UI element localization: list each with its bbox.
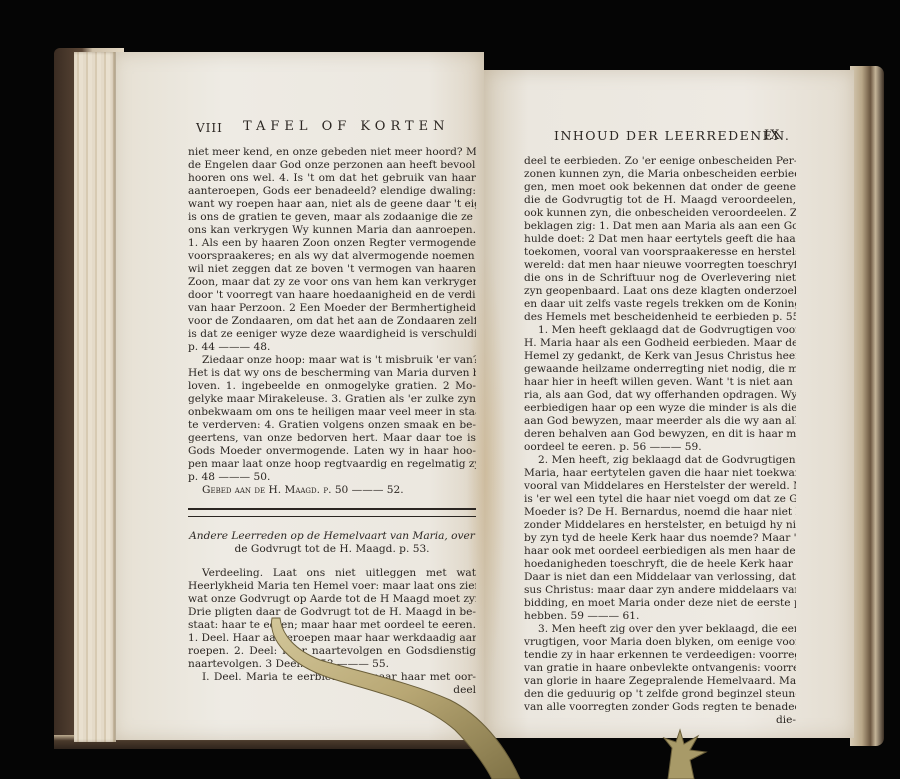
left-page-number: VIII (196, 121, 223, 135)
text-line: niet meer kend, en onze gebeden niet mee… (188, 146, 476, 159)
text-line: beklagen zig: 1. Dat men aan Maria als a… (524, 220, 796, 233)
text-line: loven. 1. ingebeelde en onmogelyke grati… (188, 380, 476, 393)
text-line: aan God bewyzen, maar meerder als die wy… (524, 415, 796, 428)
text-line: is 'er wel een tytel die haar niet voegd… (524, 493, 796, 506)
text-line: hoedanigheden toeschryft, die de heele K… (524, 558, 796, 571)
text-line: ons kan verkrygen Wy kunnen Maria dan aa… (188, 224, 476, 237)
text-line: door 't voorregt van haare hoedaanigheid… (188, 289, 476, 302)
text-line: is dat ze eeniger wyze deze waardigheid … (188, 328, 476, 341)
text-line: 1. Men heeft geklaagd dat de Godvrugtige… (524, 324, 796, 337)
text-line: Zoon, maar dat zy ze voor ons van hem ka… (188, 276, 476, 289)
text-line: en daar uit zelfs vaste regels trekken o… (524, 298, 796, 311)
text-line: sus Christus: maar daar zyn andere midde… (524, 584, 796, 597)
left-running-head: TAFEL OF KORTEN (243, 119, 450, 134)
text-line: Heerlykheid Maria ten Hemel voer: maar l… (188, 580, 476, 593)
page-reference: p. 48 ——— 50. (188, 471, 476, 484)
text-line: zyn geopenbaard. Laat ons deze klagten o… (524, 285, 796, 298)
text-line: 1. Als een by haaren Zoon onzen Regter v… (188, 237, 476, 250)
text-line: wil niet zeggen dat ze boven 't vermogen… (188, 263, 476, 276)
text-line: Maria, haar eertytelen gaven die haar ni… (524, 467, 796, 480)
text-line: gelyke maar Mirakeleuse. 3. Gratien als … (188, 393, 476, 406)
text-line: haar ook met oordeel eerbiedigen als men… (524, 545, 796, 558)
book-cover-right (850, 66, 884, 746)
text-line: de Engelen daar God onze perzonen aan he… (188, 159, 476, 172)
text-line: Ziedaar onze hoop: maar wat is 't misbru… (188, 354, 476, 367)
text-line: H. Maria haar als een Godheid eerbieden.… (524, 337, 796, 350)
text-line: die de Godvrugtig tot de H. Maagd veroor… (524, 194, 796, 207)
text-line: aanteroepen, Gods eer benadeeld? elendig… (188, 185, 476, 198)
text-line: toekomen, vooral van voorspraakeresse en… (524, 246, 796, 259)
text-line: van glorie in haare Zegepralende Hemelva… (524, 675, 796, 688)
text-line: Het is dat wy ons de bescherming van Mar… (188, 367, 476, 380)
text-line: zonder Middelares en herstelster, en bet… (524, 519, 796, 532)
ornamental-rule (188, 508, 476, 517)
photo-scene: VIII TAFEL OF KORTEN niet meer kend, en … (0, 0, 900, 779)
text-line: van gratie in haare onbevlekte ontvangen… (524, 662, 796, 675)
page-reference: oordeel te eeren. p. 56 ——— 59. (524, 441, 796, 454)
text-line: wereld: dat men haar nieuwe voorregten t… (524, 259, 796, 272)
text-line: hooren ons wel. 4. Is 't om dat het gebr… (188, 172, 476, 185)
text-line: ook kunnen zyn, die onbescheiden veroord… (524, 207, 796, 220)
sermon-title: Andere Leerreden op de Hemelvaart van Ma… (188, 530, 476, 543)
text-line: vooral van Middelares en Herstelster der… (524, 480, 796, 493)
text-line: onbekwaam om ons te heiligen maar veel m… (188, 406, 476, 419)
text-line: bidding, en moet Maria onder deze niet d… (524, 597, 796, 610)
text-line: hulde doet: 2 Dat men haar eertytels gee… (524, 233, 796, 246)
text-line: Verdeeling. Laat ons niet uitleggen met … (188, 567, 476, 580)
text-line: te verderven: 4. Gratien volgens onzen s… (188, 419, 476, 432)
text-line: staat: haar te eeren; maar haar met oord… (188, 619, 476, 632)
text-line: ria, als aan God, dat wy offerhanden opd… (524, 389, 796, 402)
sermon-title: de Godvrugt tot de H. Maagd. p. 53. (188, 543, 476, 556)
text-line: 3. Men heeft zig over den yver beklaagd,… (524, 623, 796, 636)
text-line: Drie pligten daar de Godvrugt tot de H. … (188, 606, 476, 619)
text-line: wat onze Godvrugt op Aarde tot de H Maag… (188, 593, 476, 606)
text-line: van alle voorregten zonder Gods regten t… (524, 701, 796, 714)
text-line: 2. Men heeft, zig beklaagd dat de Godvru… (524, 454, 796, 467)
text-line: des Hemels met bescheidenheid te eerbied… (524, 311, 796, 324)
text-line: naartevolgen. 3 Deel. p. 53 ——— 55. (188, 658, 476, 671)
text-line: Daar is niet dan een Middelaar van verlo… (524, 571, 796, 584)
catchword: die- (524, 714, 796, 727)
text-line: zonen kunnen zyn, die Maria onbescheiden… (524, 168, 796, 181)
text-line: Hemel zy gedankt, de Kerk van Jesus Chri… (524, 350, 796, 363)
text-line: voorspraakeres; en als wy dat alvermogen… (188, 250, 476, 263)
page-reference: hebben. 59 ——— 61. (524, 610, 796, 623)
text-line: Gods Moeder onvermogende. Laten wy in ha… (188, 445, 476, 458)
text-line: Moeder is? De H. Bernardus, noemd die ha… (524, 506, 796, 519)
text-line: roepen. 2. Deel: haar naartevolgen en Go… (188, 645, 476, 658)
text-line: geertens, van onze bedorven hert. Maar d… (188, 432, 476, 445)
right-page-number: IX (764, 128, 780, 143)
text-line: den die geduurig op 't zelfde grond begi… (524, 688, 796, 701)
text-line: want wy roepen haar aan, niet als de gee… (188, 198, 476, 211)
text-line: deren behalven aan God bewyzen, en dit i… (524, 428, 796, 441)
text-line: vrugtigen, voor Maria doen blyken, om ee… (524, 636, 796, 649)
text-line: gewaande heilzame onderregting niet nodi… (524, 363, 796, 376)
text-line: 1. Deel. Haar aanteroepen maar haar werk… (188, 632, 476, 645)
spacer (188, 556, 476, 567)
text-line: van haar Perzoon. 2 Een Moeder der Bermh… (188, 302, 476, 315)
prayer-heading: Gebed aan de H. Maagd. p. 50 ——— 52. (188, 484, 476, 497)
text-line: voor de Zondaaren, om dat het aan de Zon… (188, 315, 476, 328)
text-line: deel te eerbieden. Zo 'er eenige onbesch… (524, 155, 796, 168)
text-line: I. Deel. Maria te eerbiedigen, maar haar… (188, 671, 476, 684)
text-line: tendie zy in haar erkennen te verdeedige… (524, 649, 796, 662)
text-line: by zyn tyd de heele Kerk haar dus noemde… (524, 532, 796, 545)
right-running-head: INHOUD DER LEERREDENEN. (554, 128, 790, 143)
page-reference: p. 44 ——— 48. (188, 341, 476, 354)
text-line: haar hier in heeft willen geven. Want 't… (524, 376, 796, 389)
left-page-text: niet meer kend, en onze gebeden niet mee… (188, 146, 476, 697)
text-line: is ons de gratien te geven, maar als zod… (188, 211, 476, 224)
text-line: eerbiedigen haar op een wyze die minder … (524, 402, 796, 415)
text-line: pen maar laat onze hoop regtvaardig en r… (188, 458, 476, 471)
catchword: deel (188, 684, 476, 697)
text-line: die ons in de Schriftuur nog de Overleve… (524, 272, 796, 285)
text-line: gen, men moet ook bekennen dat onder de … (524, 181, 796, 194)
right-page-text: deel te eerbieden. Zo 'er eenige onbesch… (524, 155, 796, 727)
page-fore-edge (74, 52, 116, 742)
